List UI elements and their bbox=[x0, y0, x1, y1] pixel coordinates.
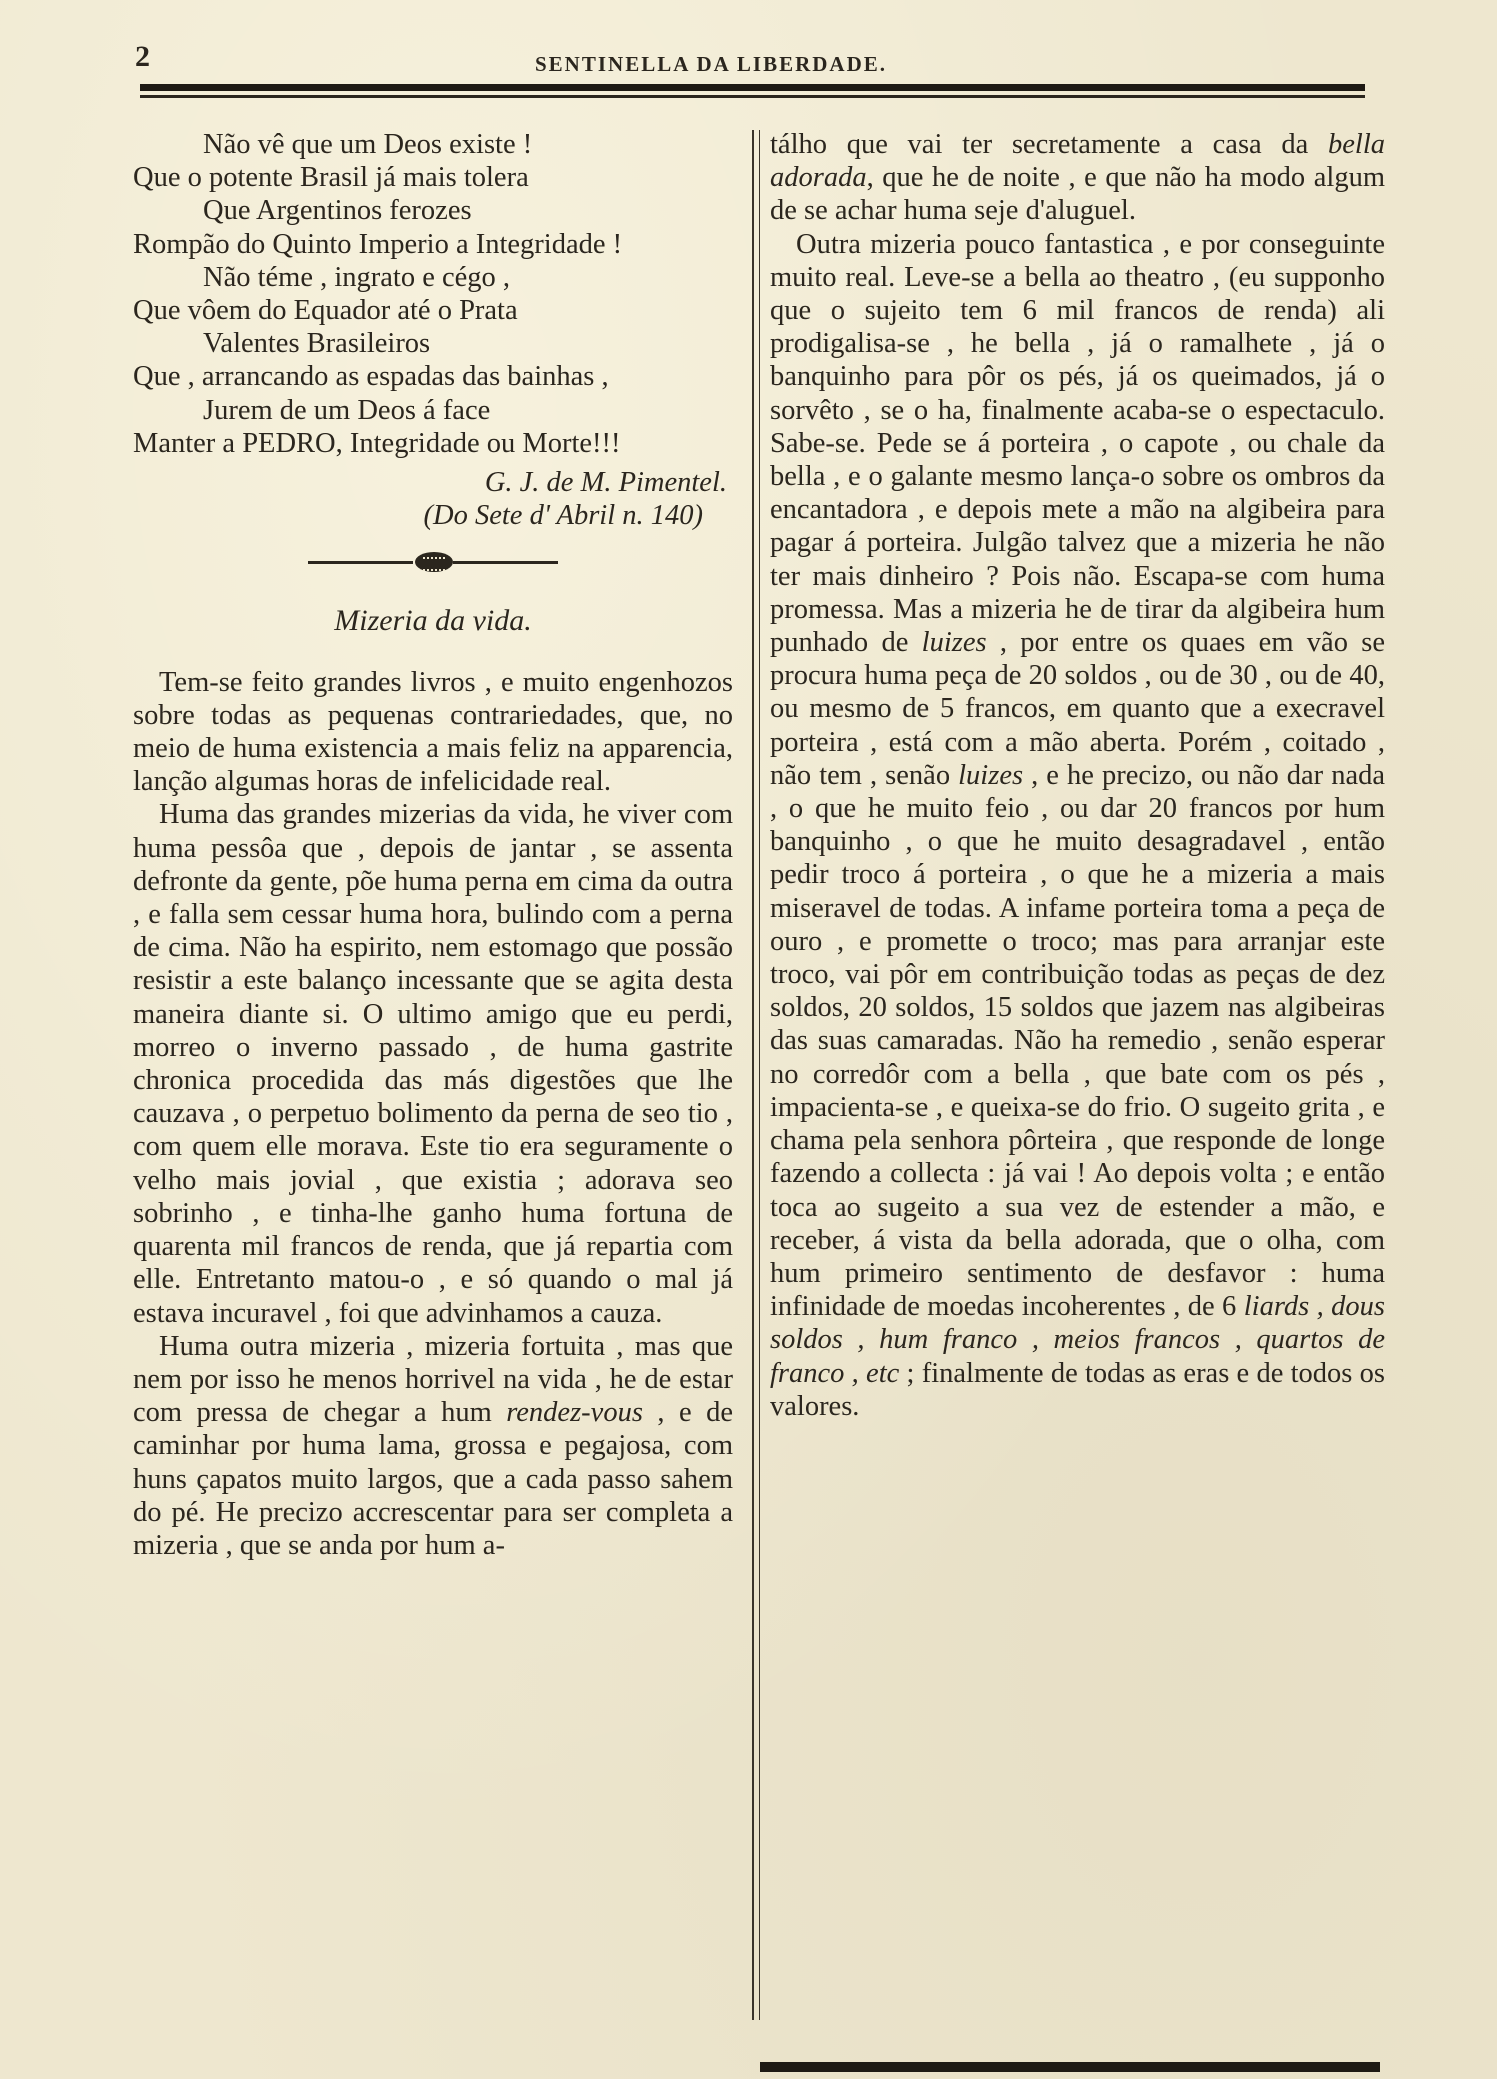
ornament-line-right bbox=[453, 561, 558, 564]
right-column: tálho que vai ter secretamente a casa da… bbox=[770, 128, 1385, 1423]
poem-line: Valentes Brasileiros bbox=[133, 327, 733, 360]
bottom-rule bbox=[760, 2062, 1380, 2072]
masthead-title: SENTINELLA DA LIBERDADE. bbox=[535, 52, 887, 77]
italic-term: rendez-vous bbox=[506, 1397, 643, 1428]
paragraph-text: tálho que vai ter secretamente a casa da bbox=[770, 129, 1328, 160]
article-title: Mizeria da vida. bbox=[133, 604, 733, 637]
poem-line: Que vôem do Equador até o Prata bbox=[133, 294, 733, 327]
page-number: 2 bbox=[135, 40, 150, 74]
left-column: Não vê que um Deos existe ! Que o potent… bbox=[133, 128, 733, 1562]
ornament-line-left bbox=[308, 561, 413, 564]
poem-line: Manter a PEDRO, Integridade ou Morte!!! bbox=[133, 427, 733, 460]
poem-line: Não vê que um Deos existe ! bbox=[133, 128, 733, 161]
article-paragraph: Huma das grandes mizerias da vida, he vi… bbox=[133, 798, 733, 1329]
poem-line: Que o potente Brasil já mais tolera bbox=[133, 161, 733, 194]
article-paragraph: Outra mizeria pouco fantastica , e por c… bbox=[770, 228, 1385, 1423]
header-rule-thick bbox=[140, 84, 1365, 91]
article-paragraph-continued: tálho que vai ter secretamente a casa da… bbox=[770, 128, 1385, 228]
poem-line: Que , arrancando as espadas das bainhas … bbox=[133, 360, 733, 393]
poem-source: (Do Sete d' Abril n. 140) bbox=[133, 499, 733, 532]
page-header: 2 SENTINELLA DA LIBERDADE. bbox=[135, 40, 1360, 80]
poem-line: Jurem de um Deos á face bbox=[133, 394, 733, 427]
poem-line: Que Argentinos ferozes bbox=[133, 194, 733, 227]
article-paragraph: Huma outra mizeria , mizeria fortuita , … bbox=[133, 1330, 733, 1562]
italic-term: luizes bbox=[922, 627, 987, 658]
paragraph-text: Outra mizeria pouco fantastica , e por c… bbox=[770, 229, 1385, 658]
article-paragraph: Tem-se feito grandes livros , e muito en… bbox=[133, 666, 733, 799]
paragraph-text: , e he precizo, ou não dar nada , o que … bbox=[770, 760, 1385, 1322]
poem-signature: G. J. de M. Pimentel. bbox=[133, 466, 733, 499]
italic-term: luizes bbox=[958, 760, 1023, 791]
header-rule-thin bbox=[140, 95, 1365, 98]
header-rule bbox=[140, 84, 1365, 98]
poem: Não vê que um Deos existe ! Que o potent… bbox=[133, 128, 733, 532]
poem-line: Rompão do Quinto Imperio a Integridade ! bbox=[133, 228, 733, 261]
ornament-divider bbox=[133, 542, 733, 582]
leaf-ornament-icon bbox=[415, 552, 453, 572]
column-divider bbox=[752, 130, 760, 2020]
newspaper-page: 2 SENTINELLA DA LIBERDADE. Não vê que um… bbox=[0, 0, 1497, 2079]
poem-line: Não téme , ingrato e cégo , bbox=[133, 261, 733, 294]
